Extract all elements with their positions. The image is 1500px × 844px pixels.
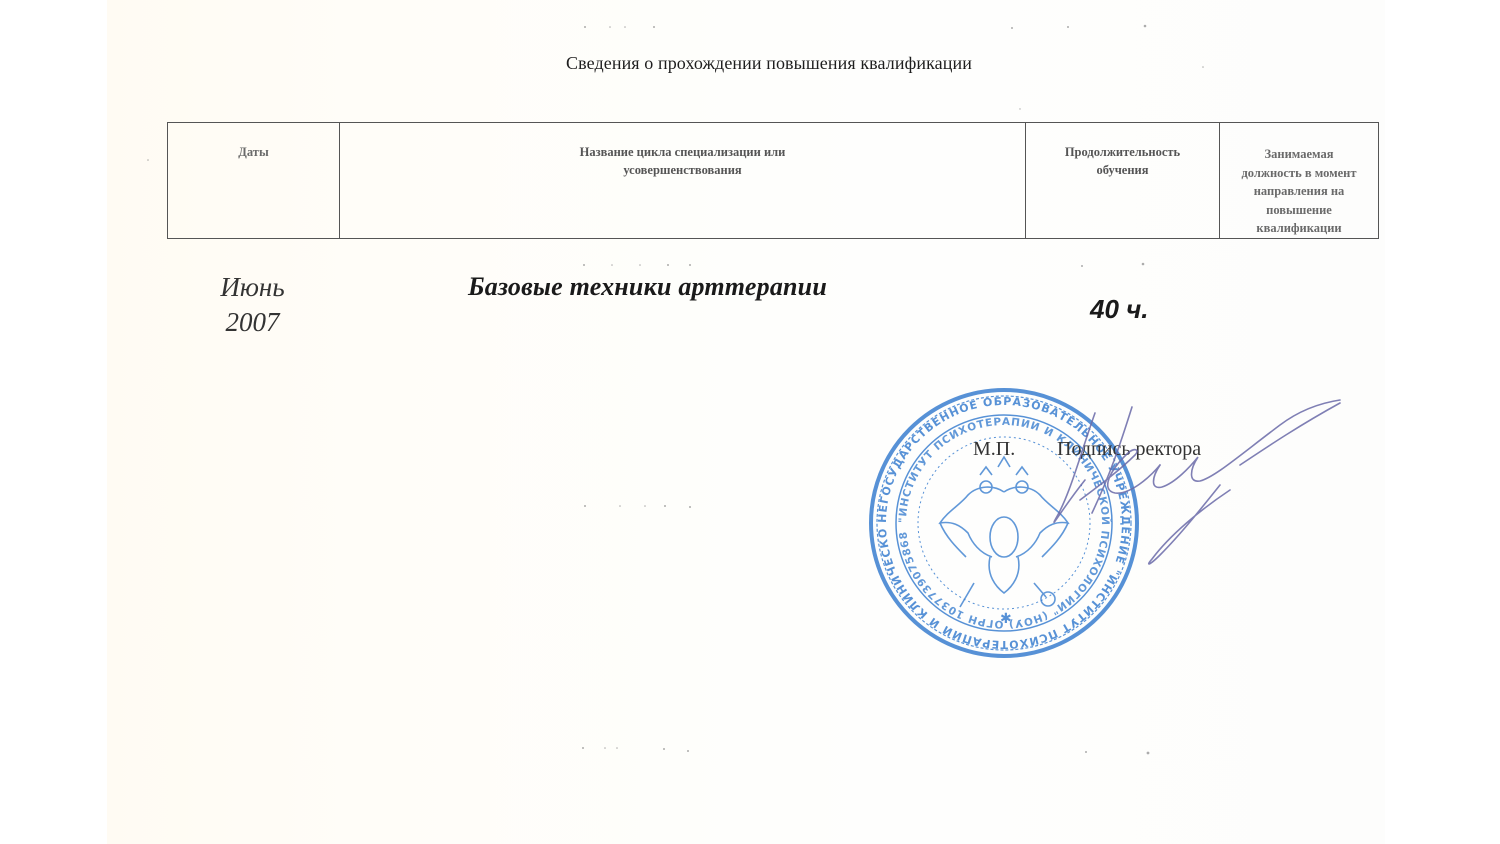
header-position-line-5: квалификации [1256, 221, 1341, 235]
header-position-label: Занимаемая должность в момент направлени… [1220, 123, 1378, 238]
document-title: Сведения о прохождении повышения квалифи… [0, 53, 1500, 74]
header-course-name-label: Название цикла специализации или усоверш… [340, 123, 1025, 179]
header-position-line-1: Занимаемая [1265, 147, 1334, 161]
header-duration: Продолжительность обучения [1026, 123, 1220, 239]
header-course-name: Название цикла специализации или усоверш… [340, 123, 1026, 239]
header-position-line-2: должность в момент [1241, 166, 1356, 180]
entry-date: Июнь 2007 [190, 270, 315, 340]
header-duration-line-2: обучения [1096, 163, 1148, 177]
header-position-line-3: направления на [1254, 184, 1345, 198]
entry-date-month: Июнь [220, 272, 284, 302]
entry-duration: 40 ч. [1090, 294, 1149, 325]
header-position: Занимаемая должность в момент направлени… [1220, 123, 1379, 239]
qualification-table-header: Даты Название цикла специализации или ус… [167, 122, 1379, 239]
header-dates: Даты [168, 123, 340, 239]
header-duration-line-1: Продолжительность [1065, 145, 1180, 159]
header-dates-label: Даты [168, 123, 339, 161]
svg-text:✱: ✱ [1000, 612, 1012, 627]
rector-signature-icon [1040, 395, 1360, 585]
header-course-line-1: Название цикла специализации или [580, 145, 786, 159]
header-position-line-4: повышение [1266, 203, 1332, 217]
header-course-line-2: усовершенствования [623, 163, 741, 177]
entry-course-name: Базовые техники арттерапии [468, 272, 827, 302]
stamp-placeholder-label: М.П. [973, 438, 1015, 461]
header-duration-label: Продолжительность обучения [1026, 123, 1219, 179]
entry-date-year: 2007 [226, 307, 280, 337]
